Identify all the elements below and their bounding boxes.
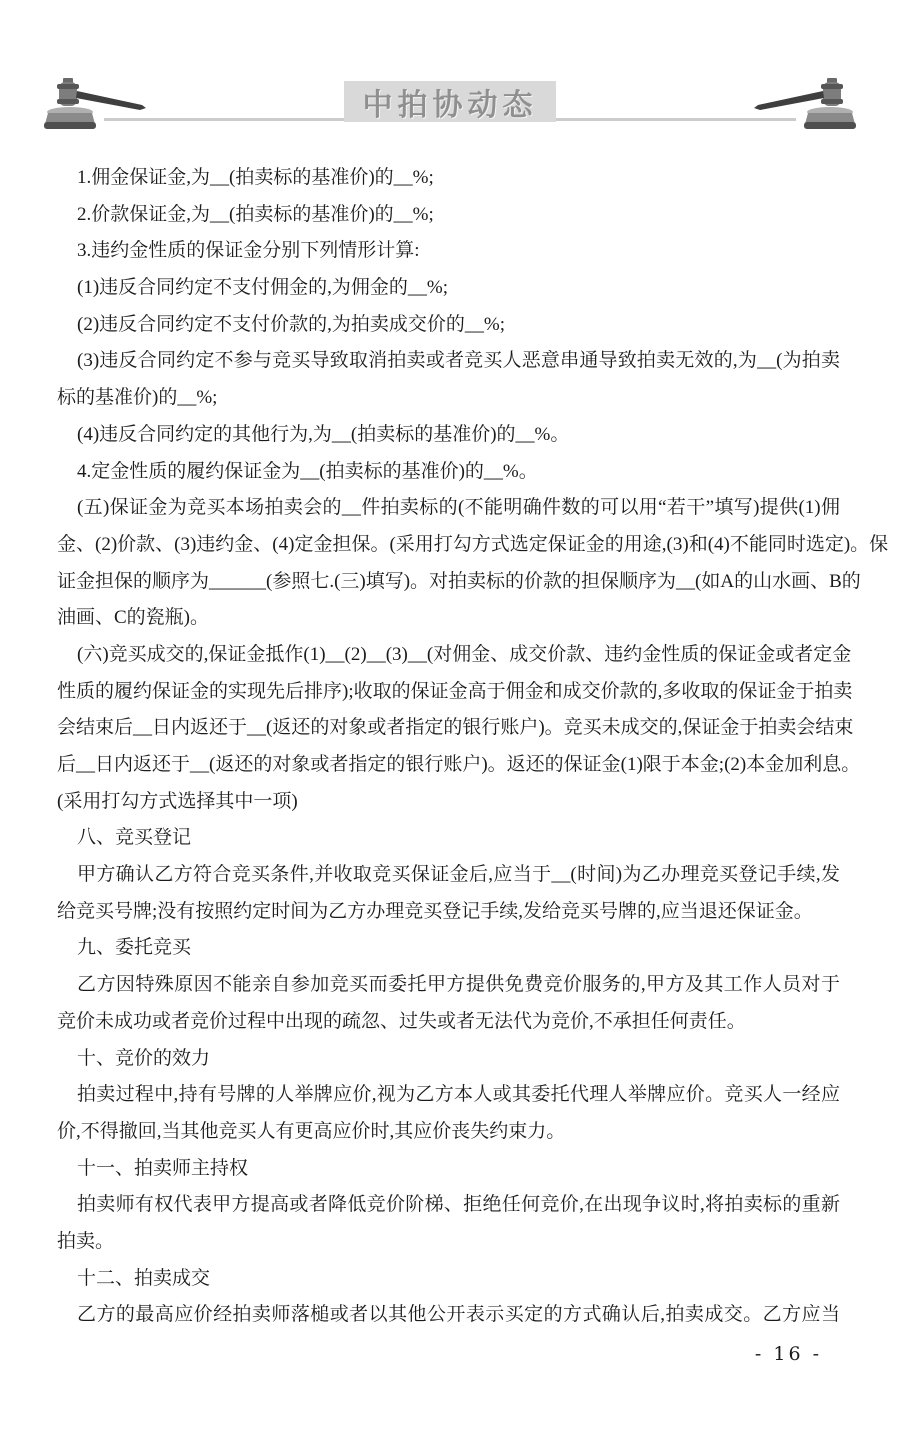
document-page: 中拍协动态 1.佣金保证金,为__(拍卖标的基准价)的__%; 2.价款保证金,… bbox=[0, 0, 900, 1440]
text-line: 拍卖。 bbox=[57, 1224, 840, 1261]
text-line: (4)违反合同约定的其他行为,为__(拍卖标的基准价)的__%。 bbox=[57, 417, 840, 454]
section-heading: 八、竞买登记 bbox=[57, 820, 840, 857]
text-line: (采用打勾方式选择其中一项) bbox=[57, 784, 840, 821]
text-line: (3)违反合同约定不参与竞买导致取消拍卖或者竞买人恶意串通导致拍卖无效的,为__… bbox=[57, 343, 840, 380]
section-heading: 九、委托竞买 bbox=[57, 930, 840, 967]
text-line: (2)违反合同约定不支付价款的,为拍卖成交价的__%; bbox=[57, 307, 840, 344]
text-line: 竞价未成功或者竞价过程中出现的疏忽、过失或者无法代为竞价,不承担任何责任。 bbox=[57, 1004, 840, 1041]
text-line: 金、(2)价款、(3)违约金、(4)定金担保。(采用打勾方式选定保证金的用途,(… bbox=[57, 527, 840, 564]
text-line: 价,不得撤回,当其他竞买人有更高应价时,其应价丧失约束力。 bbox=[57, 1114, 840, 1151]
gavel-icon-right bbox=[743, 78, 858, 130]
text-line: 证金担保的顺序为______(参照七.(三)填写)。对拍卖标的价款的担保顺序为_… bbox=[57, 564, 840, 601]
text-line: 给竞买号牌;没有按照约定时间为乙方办理竞买登记手续,发给竞买号牌的,应当退还保证… bbox=[57, 894, 840, 931]
section-heading: 十二、拍卖成交 bbox=[57, 1261, 840, 1298]
text-line: (1)违反合同约定不支付佣金的,为佣金的__%; bbox=[57, 270, 840, 307]
section-heading: 十一、拍卖师主持权 bbox=[57, 1151, 840, 1188]
text-line: 会结束后__日内返还于__(返还的对象或者指定的银行账户)。竞买未成交的,保证金… bbox=[57, 710, 840, 747]
header-title-box: 中拍协动态 bbox=[344, 81, 556, 122]
section-heading: 十、竞价的效力 bbox=[57, 1041, 840, 1078]
text-line: 3.违约金性质的保证金分别下列情形计算: bbox=[57, 233, 840, 270]
text-line: 甲方确认乙方符合竞买条件,并收取竞买保证金后,应当于__(时间)为乙办理竞买登记… bbox=[57, 857, 840, 894]
text-line: 乙方的最高应价经拍卖师落槌或者以其他公开表示买定的方式确认后,拍卖成交。乙方应当 bbox=[57, 1297, 840, 1334]
gavel-icon-left bbox=[42, 78, 157, 130]
text-line: 性质的履约保证金的实现先后排序);收取的保证金高于佣金和成交价款的,多收取的保证… bbox=[57, 674, 840, 711]
text-line: (五)保证金为竞买本场拍卖会的__件拍卖标的(不能明确件数的可以用“若干”填写)… bbox=[57, 490, 840, 527]
text-line: 拍卖师有权代表甲方提高或者降低竞价阶梯、拒绝任何竞价,在出现争议时,将拍卖标的重… bbox=[57, 1187, 840, 1224]
text-line: 1.佣金保证金,为__(拍卖标的基准价)的__%; bbox=[57, 160, 840, 197]
text-line: 2.价款保证金,为__(拍卖标的基准价)的__%; bbox=[57, 197, 840, 234]
text-line: 拍卖过程中,持有号牌的人举牌应价,视为乙方本人或其委托代理人举牌应价。竞买人一经… bbox=[57, 1077, 840, 1114]
document-body: 1.佣金保证金,为__(拍卖标的基准价)的__%; 2.价款保证金,为__(拍卖… bbox=[57, 160, 840, 1334]
text-line: 4.定金性质的履约保证金为__(拍卖标的基准价)的__%。 bbox=[57, 454, 840, 491]
text-line: 后__日内返还于__(返还的对象或者指定的银行账户)。返还的保证金(1)限于本金… bbox=[57, 747, 840, 784]
text-line: (六)竞买成交的,保证金抵作(1)__(2)__(3)__(对佣金、成交价款、违… bbox=[57, 637, 840, 674]
page-header: 中拍协动态 bbox=[0, 78, 900, 138]
text-line: 乙方因特殊原因不能亲自参加竞买而委托甲方提供免费竞价服务的,甲方及其工作人员对于 bbox=[57, 967, 840, 1004]
text-line: 油画、C的瓷瓶)。 bbox=[57, 600, 840, 637]
page-number: - 16 - bbox=[755, 1343, 822, 1365]
header-title: 中拍协动态 bbox=[363, 80, 538, 124]
text-line: 标的基准价)的__%; bbox=[57, 380, 840, 417]
